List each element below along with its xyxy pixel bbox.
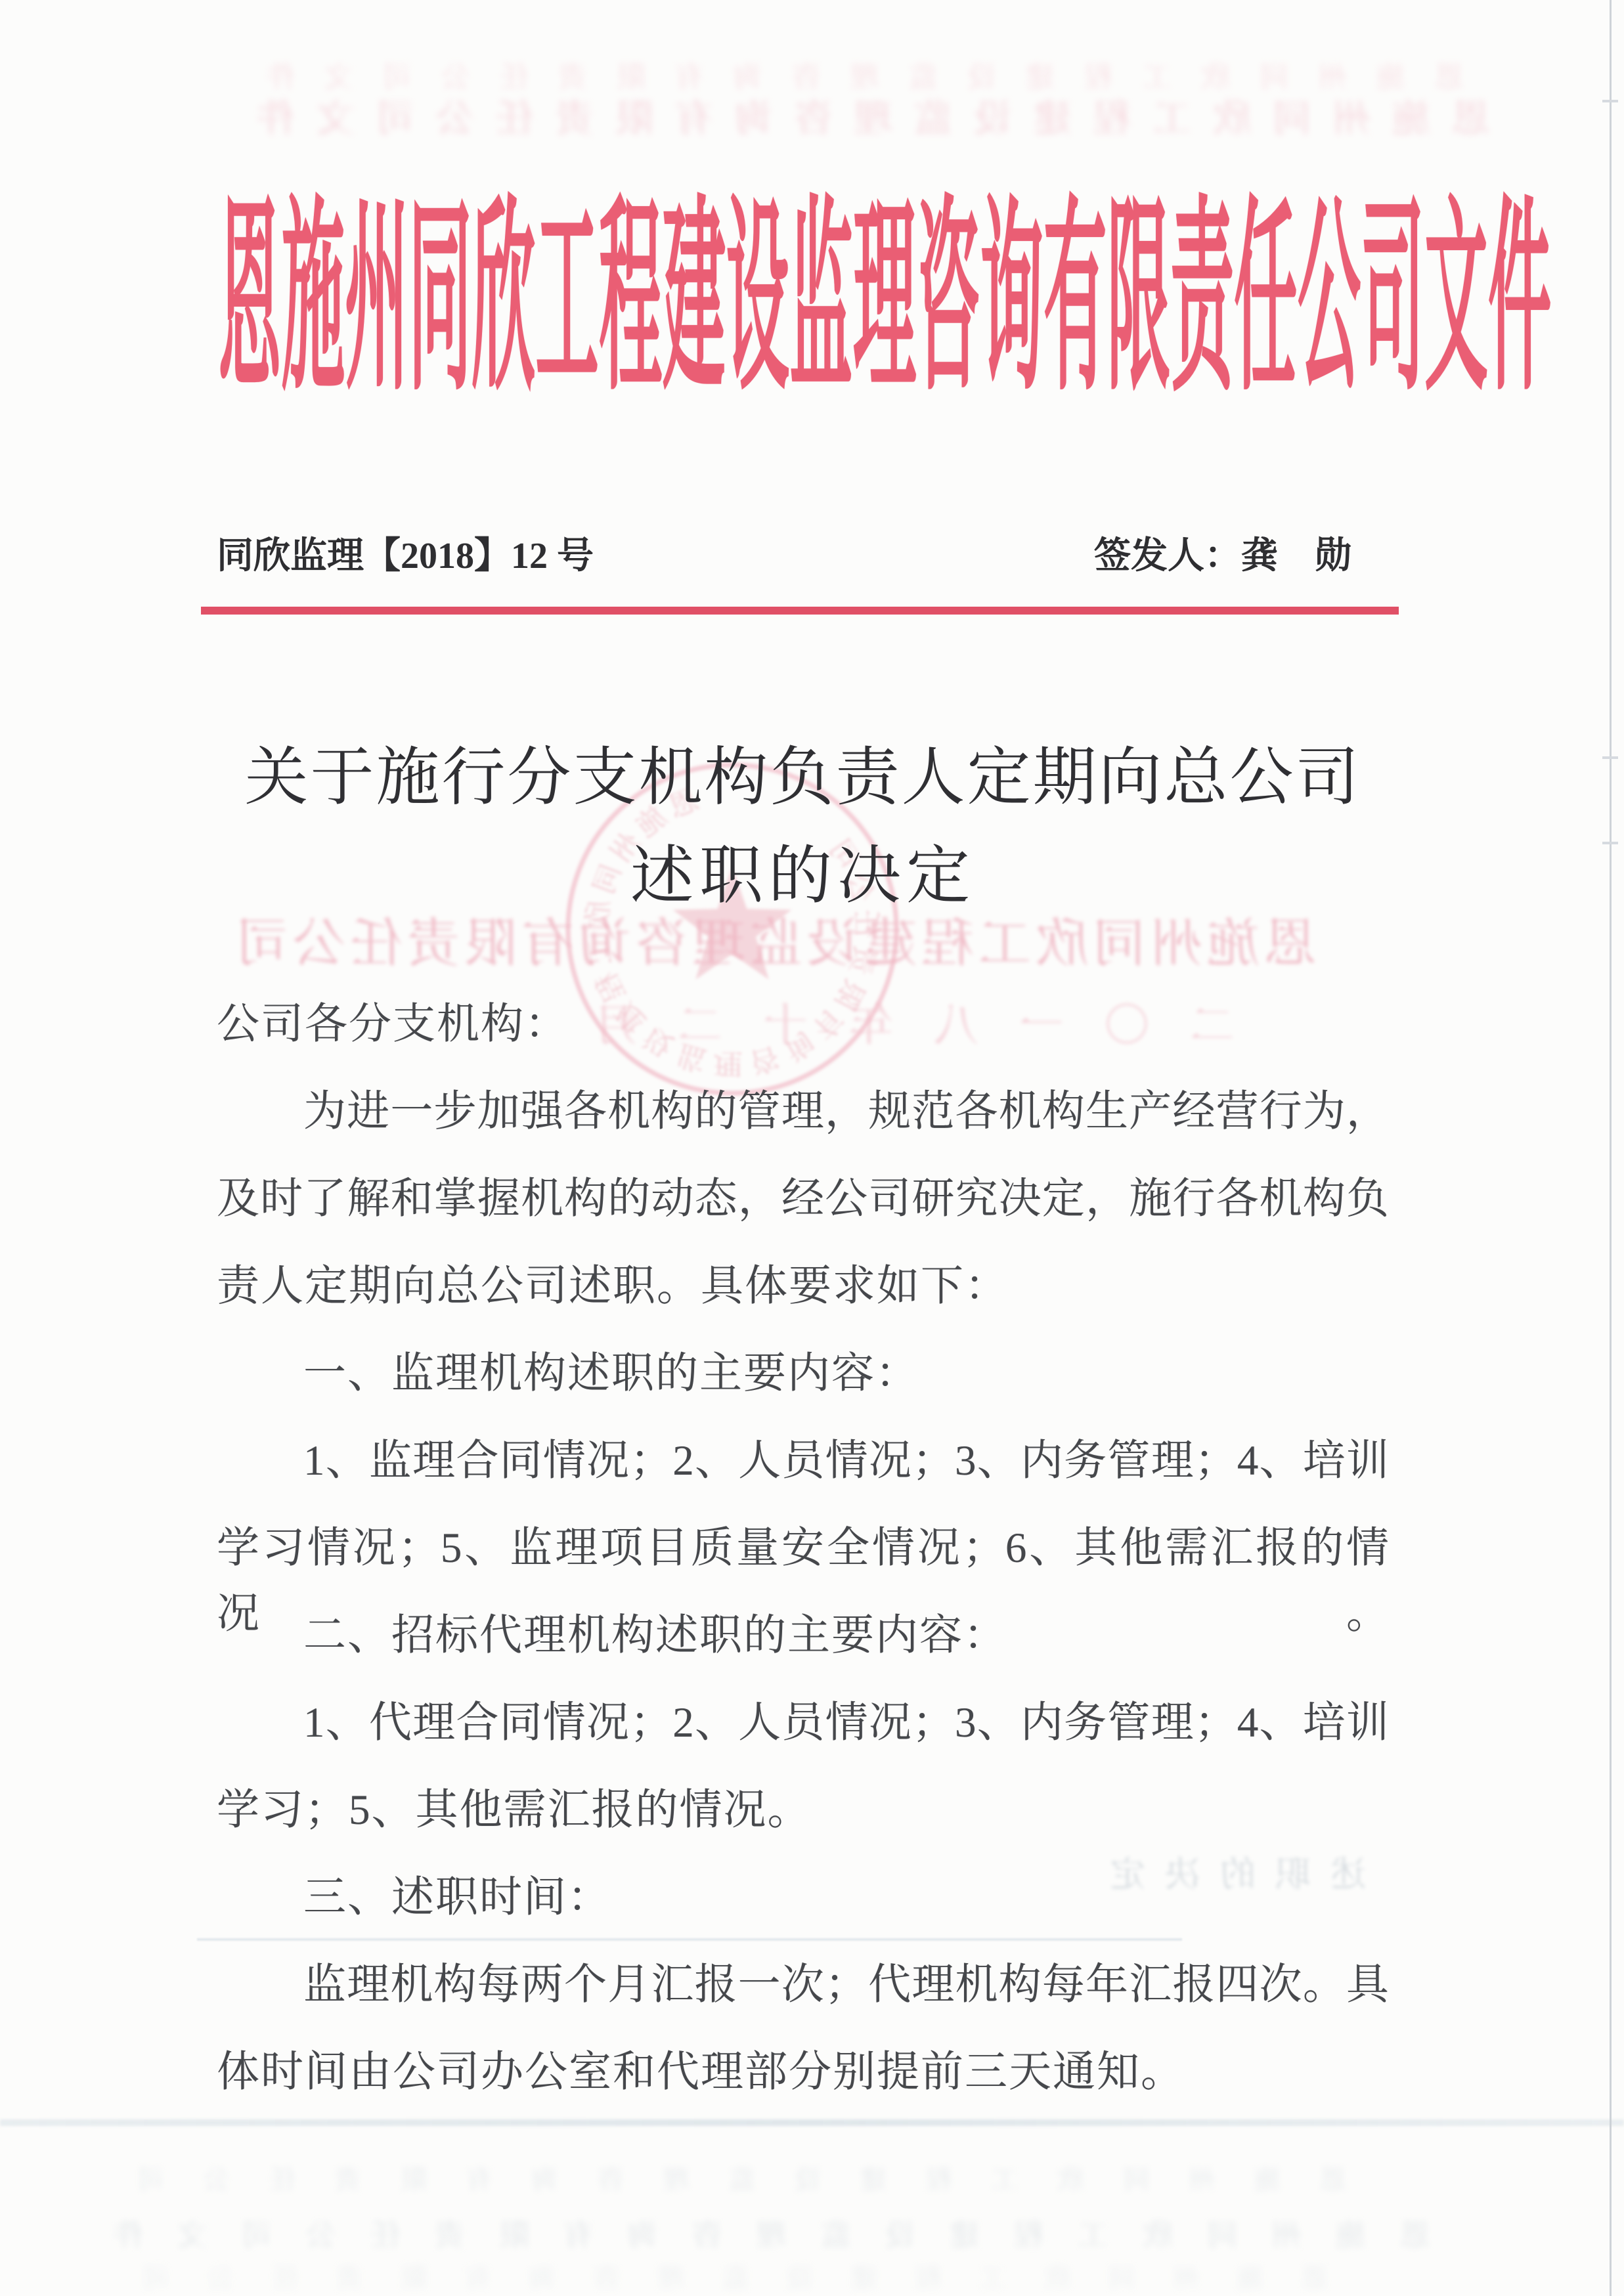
scanned-official-document-page: 恩施州同欣工程建设监理咨询有限责任公司文件 恩施州同欣工程建设监理咨询有限责任公…	[0, 0, 1624, 2296]
body-line: 学习情况；5、监理项目质量安全情况；6、其他需汇报的情况。	[217, 1515, 1389, 1581]
bleedthrough-banner-echo-top-1: 恩施州同欣工程建设监理咨询有限责任公司文件	[236, 63, 1464, 92]
bleedthrough-banner-echo-top-2: 恩施州同欣工程建设监理咨询有限责任公司文件	[235, 100, 1490, 138]
document-title-line-2: 述职的决定	[217, 831, 1389, 922]
scan-edge-line	[1610, 0, 1612, 2296]
bleedthrough-bottom-row-3: 恩施州同欣工程建设监理咨询有限责任公司	[105, 2265, 1328, 2291]
body-line: 1、代理合同情况；2、人员情况；3、内务管理；4、培训	[217, 1690, 1389, 1756]
scan-edge-tick-1	[1602, 100, 1618, 102]
body-line: 责人定期向总公司述职。具体要求如下：	[217, 1253, 1389, 1319]
body-line: 学习；5、其他需汇报的情况。	[217, 1777, 1389, 1843]
bleedthrough-bottom-row-1: 恩施州同欣工程建设监理咨询有限责任公司	[99, 2167, 1346, 2193]
body-line: 监理机构每两个月汇报一次；代理机构每年汇报四次。具	[217, 1952, 1389, 2018]
scan-edge-tick-3	[1602, 842, 1618, 844]
body-line: 公司各分支机构：	[217, 991, 1389, 1057]
letterhead-company-title: 恩施州同欣工程建设监理咨询有限责任公司文件	[218, 196, 1552, 404]
scan-streak-artifact-1	[197, 1938, 1182, 1941]
body-line: 体时间由公司办公室和代理部分别提前三天通知。	[217, 2039, 1389, 2105]
document-title-line-1: 关于施行分支机构负责人定期向总公司	[217, 732, 1389, 824]
body-line: 为进一步加强各机构的管理，规范各机构生产经营行为，	[217, 1079, 1389, 1144]
body-line: 及时了解和掌握机构的动态，经公司研究决定，施行各机构负	[217, 1166, 1389, 1232]
document-number: 同欣监理【2018】12 号	[217, 530, 594, 582]
document-meta-row: 同欣监理【2018】12 号 签发人：龚 勋	[217, 530, 1389, 582]
issuer-label: 签发人：	[1094, 536, 1241, 576]
body-line: 三、述职时间：	[217, 1865, 1389, 1930]
red-separator-rule	[201, 607, 1399, 615]
scan-streak-artifact-2	[0, 2119, 1624, 2126]
body-line: 1、监理合同情况；2、人员情况；3、内务管理；4、培训	[217, 1428, 1389, 1494]
body-line: 一、监理机构述职的主要内容：	[217, 1341, 1389, 1406]
issuer: 签发人：龚 勋	[1094, 530, 1351, 582]
scan-edge-tick-2	[1602, 756, 1618, 759]
bleedthrough-bottom-row-2: 恩施州同欣工程建设监理咨询有限责任公司文件	[79, 2220, 1430, 2251]
body-line: 二、招标代理机构述职的主要内容：	[217, 1603, 1389, 1668]
issuer-name: 龚 勋	[1241, 536, 1351, 576]
bleedthrough-company-name-row: 恩施州同欣工程建设监理咨询有限责任公司	[231, 918, 1317, 970]
